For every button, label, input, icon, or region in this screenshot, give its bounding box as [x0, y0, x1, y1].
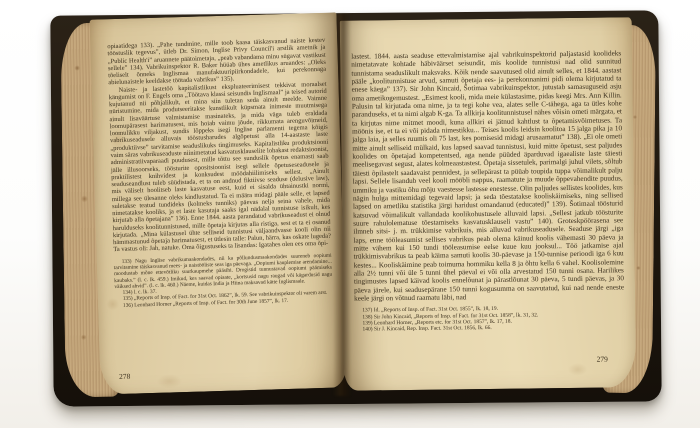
left-page-text: opiaatidega 133). „Pahe tundmine, mille … [107, 37, 333, 309]
paragraph: lastest. 1844. aasta seaduse ettevalmist… [351, 49, 624, 303]
left-page-paragraphs: opiaatidega 133). „Pahe tundmine, mille … [107, 37, 331, 254]
right-page-footnotes: 137) Id. „Reports of Insp. of Fact. 31st… [354, 305, 624, 334]
right-page: lastest. 1844. aasta seaduse ettevalmist… [340, 17, 636, 391]
left-page: opiaatidega 133). „Pahe tundmine, mille … [89, 12, 347, 394]
photo-of-open-book: opiaatidega 133). „Pahe tundmine, mille … [0, 0, 700, 428]
paragraph: Naiste- ja lastetöö kapitalistlikust eks… [108, 80, 331, 254]
paragraph: opiaatidega 133). „Pahe tundmine, mille … [107, 37, 326, 87]
left-page-footnotes: 133) Nagu Inglise vabrikumaakondades, ni… [114, 252, 333, 309]
right-page-text: lastest. 1844. aasta seaduse ettevalmist… [351, 49, 624, 333]
left-page-number: 278 [119, 372, 131, 381]
gutter-shadow [333, 14, 351, 396]
right-page-number: 279 [597, 355, 608, 364]
right-page-paragraphs: lastest. 1844. aasta seaduse ettevalmist… [351, 49, 624, 303]
footnote: 133) Nagu Inglise vabrikumaakondades, ni… [114, 252, 333, 290]
footnote: 140) Sir J. Kincaid, Rep. Insp. Fact. 31… [354, 324, 624, 334]
